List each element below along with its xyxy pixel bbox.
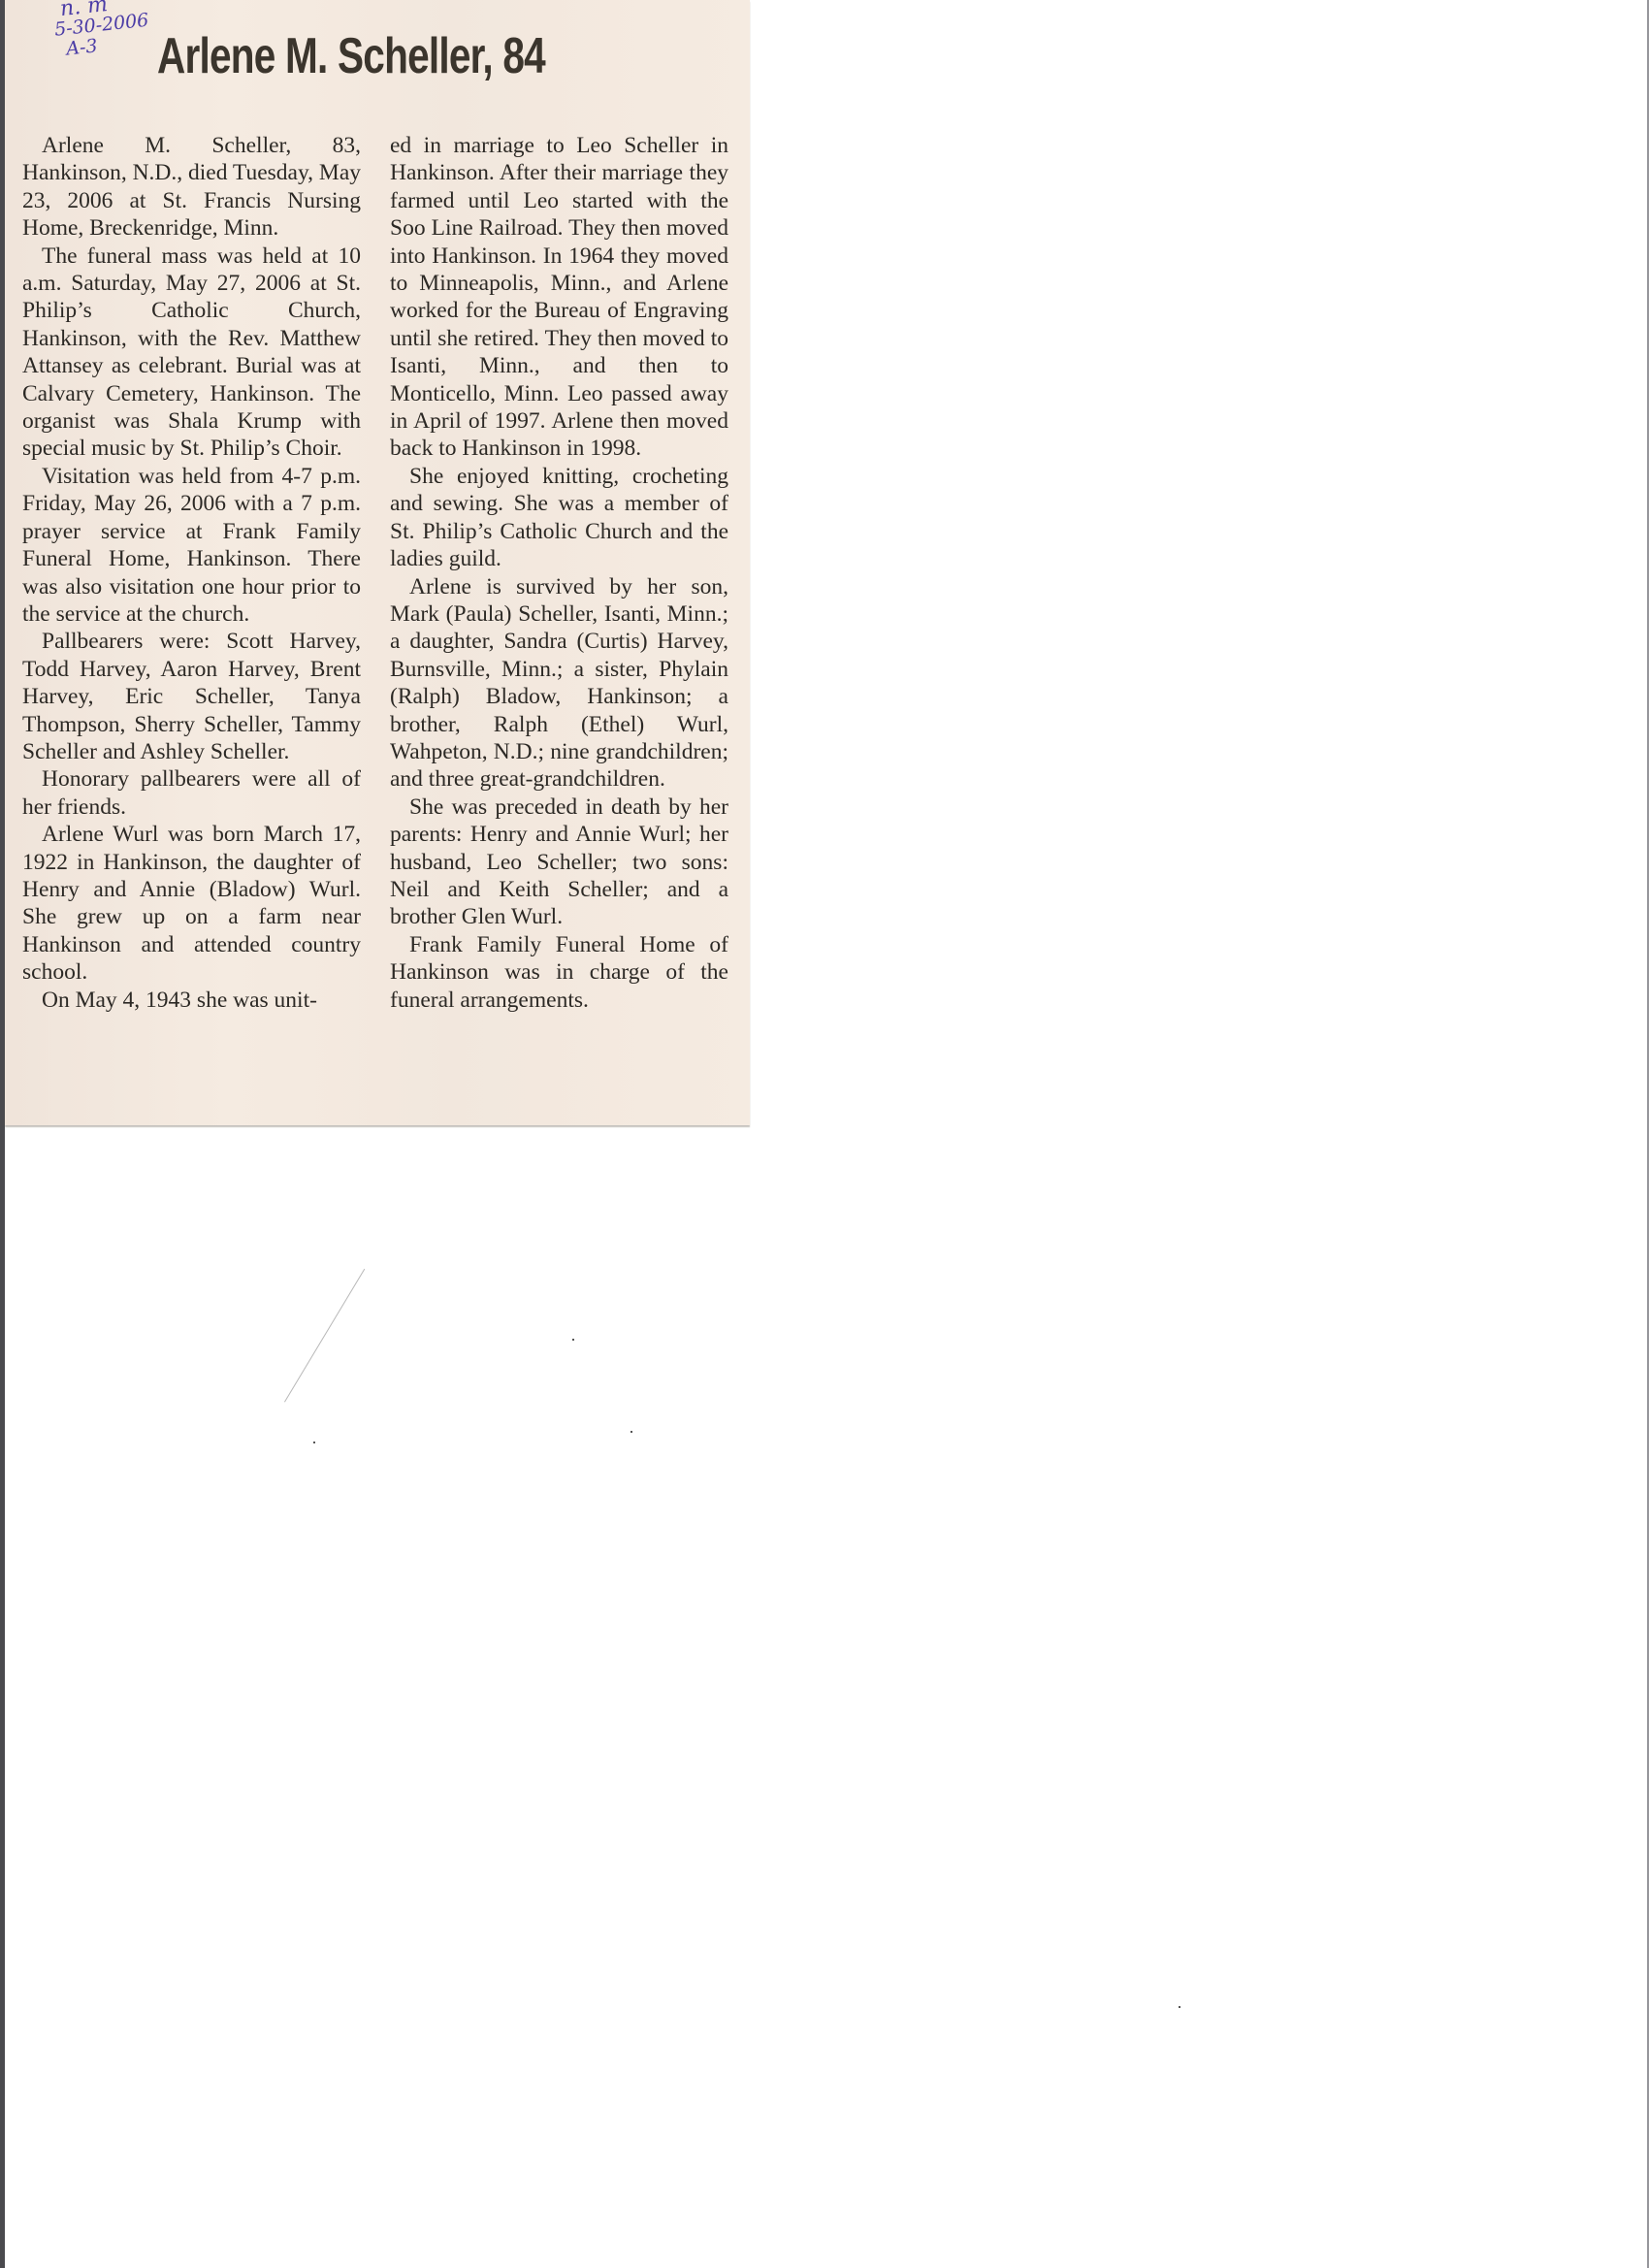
paragraph-preceded-in-death: She was preceded in death by her parents… [390, 794, 728, 931]
scan-artifact-dot [630, 1431, 632, 1433]
paragraph-visitation: Visitation was held from 4-7 p.m. Friday… [22, 463, 361, 628]
paragraph-birth: Arlene Wurl was born March 17, 1922 in H… [22, 821, 361, 986]
article-column-right: ed in marriage to Leo Scheller in Hankin… [390, 132, 728, 1014]
handwritten-note: n. m 5-30-2006 A-3 [51, 0, 152, 61]
paragraph-hobbies: She enjoyed knitting, crocheting and sew… [390, 463, 728, 573]
paragraph-funeral-mass: The funeral mass was held at 10 a.m. Sat… [22, 243, 361, 463]
paragraph-marriage-start: On May 4, 1943 she was unit- [22, 987, 361, 1014]
paragraph-honorary-pallbearers: Honorary pallbearers were all of her fri… [22, 765, 361, 821]
paragraph-marriage-continued: ed in marriage to Leo Scheller in Hankin… [390, 132, 728, 463]
newspaper-clipping: n. m 5-30-2006 A-3 Arlene M. Scheller, 8… [5, 0, 750, 1125]
scan-artifact-dot [572, 1339, 574, 1341]
paragraph-death-notice: Arlene M. Scheller, 83, Hankinson, N.D.,… [22, 132, 361, 243]
paragraph-arrangements: Frank Family Funeral Home of Hankinson w… [390, 931, 728, 1014]
scan-artifact-dot [1179, 2006, 1180, 2008]
scan-artifact-dot [313, 1442, 315, 1443]
paragraph-pallbearers: Pallbearers were: Scott Harvey, Todd Har… [22, 628, 361, 765]
paragraph-survivors: Arlene is survived by her son, Mark (Pau… [390, 573, 728, 794]
article-column-left: Arlene M. Scheller, 83, Hankinson, N.D.,… [22, 132, 361, 1014]
scan-artifact-line [284, 1269, 365, 1403]
obituary-headline: Arlene M. Scheller, 84 [157, 27, 545, 85]
